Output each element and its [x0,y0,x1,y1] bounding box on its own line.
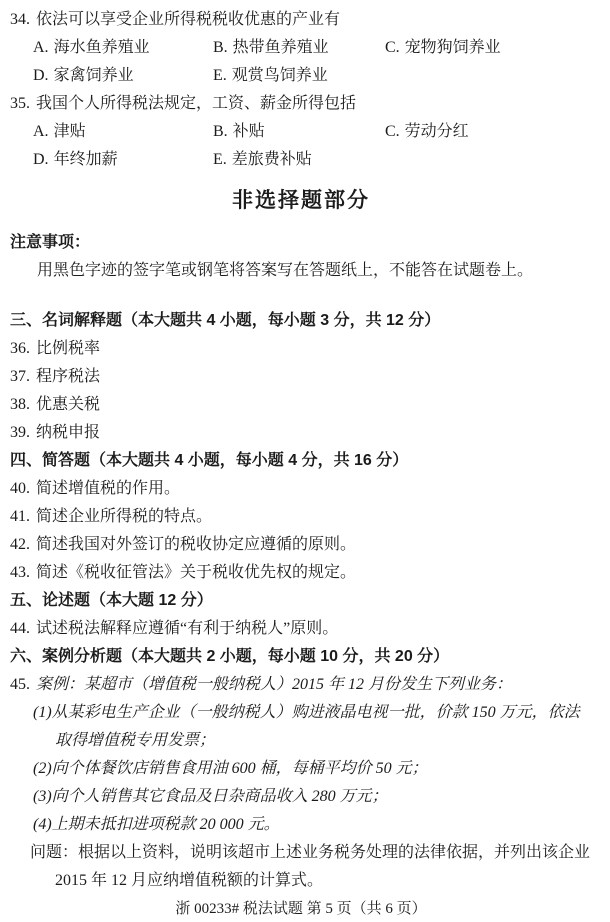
question-45-item-3: (3)向个人销售其它食品及日杂商品收入 280 万元； [10,783,592,811]
question-35-options-row-1: A.津贴 B.补贴 C.劳动分红 [10,118,592,146]
question-34-options-row-1: A.海水鱼养殖业 B.热带鱼养殖业 C.宠物狗饲养业 [10,34,592,62]
section-5-heading: 五、论述题（本大题 12 分） [10,587,592,615]
question-35-options-row-2: D.年终加薪 E.差旅费补贴 [10,146,592,174]
question-42: 42.简述我国对外签订的税收协定应遵循的原则。 [10,531,592,559]
section-4-heading: 四、简答题（本大题共 4 小题，每小题 4 分，共 16 分） [10,447,592,475]
question-38: 38.优惠关税 [10,391,592,419]
notice-body: 用黑色字迹的签字笔或钢笔将答案写在答题纸上，不能答在试题卷上。 [10,257,592,285]
option-d: D.年终加薪 [33,146,213,174]
question-text: 依法可以享受企业所得税税收优惠的产业有 [36,11,340,28]
section-3-heading: 三、名词解释题（本大题共 4 小题，每小题 3 分，共 12 分） [10,307,592,335]
question-39: 39.纳税申报 [10,419,592,447]
option-e: E.差旅费补贴 [213,146,385,174]
section-6-heading: 六、案例分析题（本大题共 2 小题，每小题 10 分，共 20 分） [10,643,592,671]
option-a: A.津贴 [33,118,213,146]
option-b: B.热带鱼养殖业 [213,34,385,62]
exam-page: 34.依法可以享受企业所得税税收优惠的产业有 A.海水鱼养殖业 B.热带鱼养殖业… [0,0,610,922]
notice-heading: 注意事项： [10,229,592,257]
question-text: 我国个人所得税法规定，工资、薪金所得包括 [36,95,356,112]
option-c: C.劳动分红 [385,118,592,146]
question-45-lead: 45.案例：某超市（增值税一般纳税人）2015 年 12 月份发生下列业务： [10,671,592,699]
question-45-item-1: (1)从某彩电生产企业（一般纳税人）购进液晶电视一批，价款 150 万元，依法取… [10,699,592,755]
question-45-item-4: (4)上期未抵扣进项税款 20 000 元。 [10,811,592,839]
question-number: 35. [10,95,30,112]
page-title: 非选择题部分 [10,186,592,216]
question-44: 44.试述税法解释应遵循“有利于纳税人”原则。 [10,615,592,643]
question-45-task: 问题：根据以上资料，说明该超市上述业务税务处理的法律依据，并列出该企业 2015… [10,839,592,895]
option-c: C.宠物狗饲养业 [385,34,592,62]
question-41: 41.简述企业所得税的特点。 [10,503,592,531]
question-36: 36.比例税率 [10,335,592,363]
option-d: D.家禽饲养业 [33,62,213,90]
question-37: 37.程序税法 [10,363,592,391]
option-a: A.海水鱼养殖业 [33,34,213,62]
page-footer: 浙 00233# 税法试题 第 5 页（共 6 页） [10,895,592,922]
question-number: 34. [10,11,30,28]
option-b: B.补贴 [213,118,385,146]
question-40: 40.简述增值税的作用。 [10,475,592,503]
question-34-stem: 34.依法可以享受企业所得税税收优惠的产业有 [10,6,592,34]
question-45-item-2: (2)向个体餐饮店销售食用油 600 桶，每桶平均价 50 元； [10,755,592,783]
question-34-options-row-2: D.家禽饲养业 E.观赏鸟饲养业 [10,62,592,90]
question-43: 43.简述《税收征管法》关于税收优先权的规定。 [10,559,592,587]
option-e: E.观赏鸟饲养业 [213,62,385,90]
question-35-stem: 35.我国个人所得税法规定，工资、薪金所得包括 [10,90,592,118]
